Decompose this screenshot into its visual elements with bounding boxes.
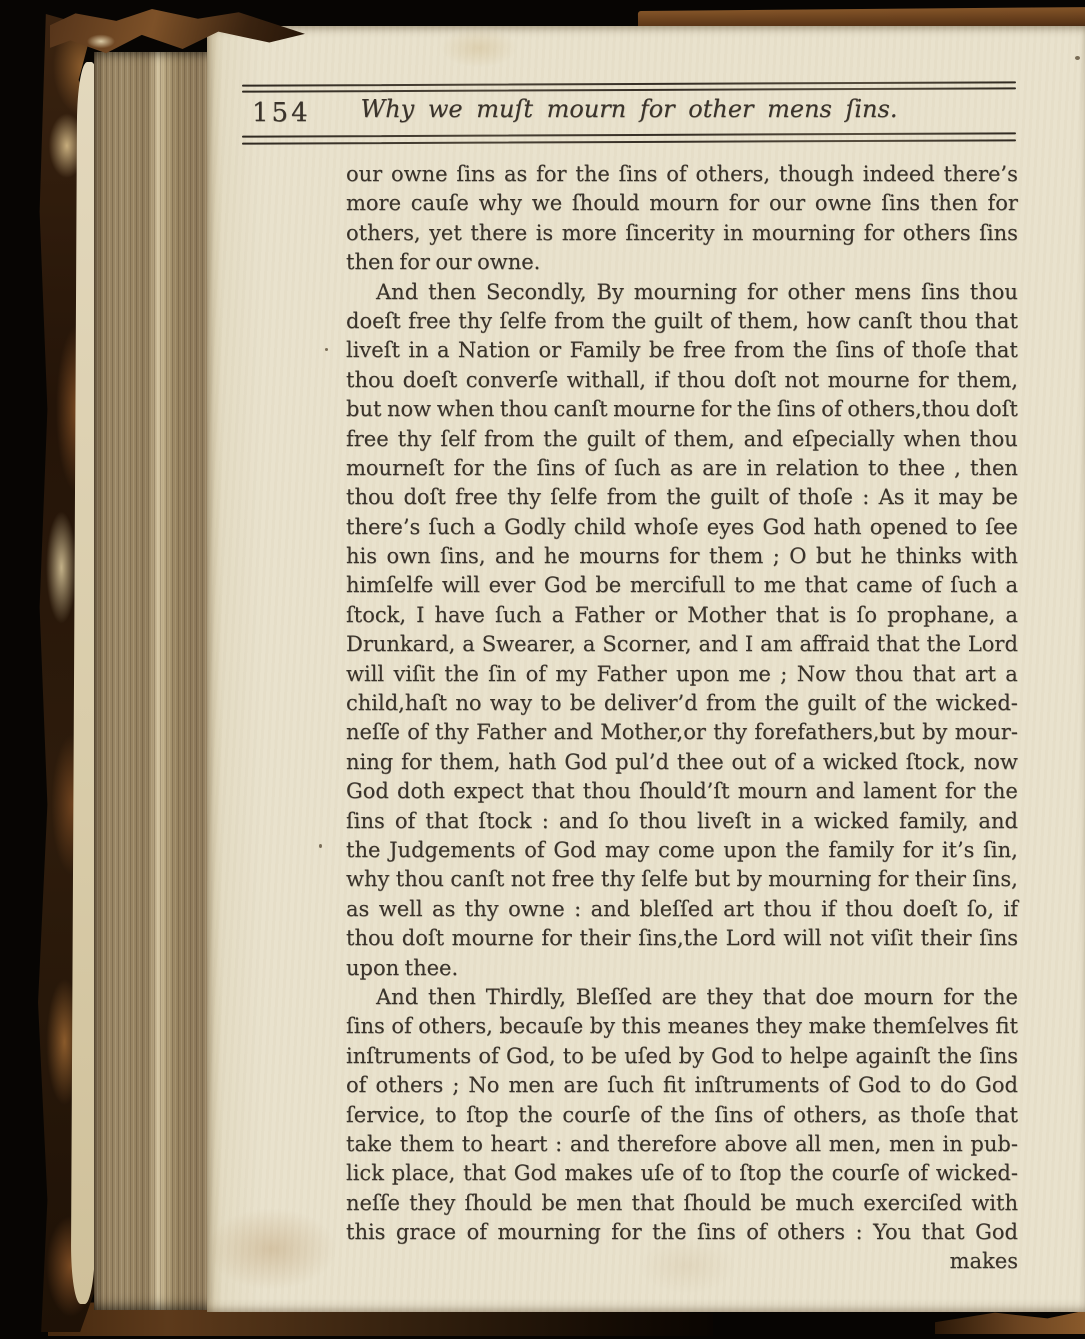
ink-speck [325, 348, 328, 351]
ink-speck [1075, 56, 1080, 60]
text-line: neſſetheyſhouldbementhatſhouldbemuchexer… [346, 1189, 1018, 1218]
book-page: 154 Why we muſt mourn for other mens ſin… [207, 26, 1085, 1312]
body-text: ourowneſinsasfortheſinsofothers,thoughin… [346, 160, 1018, 1247]
text-line: whythoucanſtnotfreethyſelfebutbymourning… [346, 865, 1018, 894]
text-line: ourowneſinsasfortheſinsofothers,thoughin… [346, 160, 1018, 189]
text-line: ningforthem,hathGodpul’dtheeoutofawicked… [346, 748, 1018, 777]
text-line: theJudgementsofGodmaycomeuponthefamilyfo… [346, 836, 1018, 865]
book-scan: 154 Why we muſt mourn for other mens ſin… [0, 0, 1085, 1339]
text-line: morecauſewhyweſhouldmournforourowneſinst… [346, 189, 1018, 218]
text-line: AndthenThirdly,Bleſſedaretheythatdoemour… [346, 983, 1018, 1012]
text-line: thoudoſtfreethyſelfefromtheguiltofthoſe:… [346, 483, 1018, 512]
text-line: himſelfewilleverGodbemercifulltomethatca… [346, 571, 1018, 600]
text-line: ſinsofthatſtock:andſothouliveſtinawicked… [346, 807, 1018, 836]
text-line: lickplace,thatGodmakesuſeoftoſtopthecour… [346, 1159, 1018, 1188]
text-line: hisownſins,andhemournsforthem;Obuthethin… [346, 542, 1018, 571]
catchword: makes [346, 1247, 1018, 1276]
text-line: mourneſtfortheſinsofſuchasareinrelationt… [346, 454, 1018, 483]
ink-speck [507, 178, 510, 181]
text-line: thisgraceofmourningfortheſinsofothers:Yo… [346, 1218, 1018, 1247]
head-rule-top-1 [242, 81, 1016, 87]
text-line: others,yetthereismoreſincerityinmourning… [346, 219, 1018, 248]
text-line: thoudoſtmournefortheirſins,theLordwillno… [346, 924, 1018, 953]
text-line: AndthenSecondly,Bymourningforothermensſi… [346, 278, 1018, 307]
book-fore-edge-pages [94, 52, 218, 1310]
text-line: butnowwhenthoucanſtmournefortheſinsofoth… [346, 395, 1018, 424]
text-line: liveſtinaNationorFamilybefreefromtheſins… [346, 336, 1018, 365]
text-line: ofothers;NomenareſuchfitinſtrumentsofGod… [346, 1071, 1018, 1100]
head-rule-bottom-2 [242, 139, 1016, 145]
text-line: willviſittheſinofmyFatheruponme;Nowthout… [346, 660, 1018, 689]
text-line: takethemtoheart:andthereforeaboveallmen,… [346, 1130, 1018, 1159]
ink-speck [319, 844, 322, 848]
text-line: neſſeofthyFatherandMother,orthyforefathe… [346, 718, 1018, 747]
head-rule-top-2 [242, 87, 1016, 93]
text-line: doeſtfreethyſelfefromtheguiltofthem,howc… [346, 307, 1018, 336]
text-line: thoudoeſtconverſewithall,ifthoudoſtnotmo… [346, 366, 1018, 395]
text-line: freethyſelffromtheguiltofthem,andeſpecia… [346, 425, 1018, 454]
text-line: thenforourowne. [346, 248, 1018, 277]
text-line: ſervice,toſtopthecourſeoftheſinsofothers… [346, 1101, 1018, 1130]
text-line: Goddothexpectthatthouſhould’ſtmournandla… [346, 777, 1018, 806]
text-line: Drunkard,aSwearer,aScorner,andIamaffraid… [346, 630, 1018, 659]
text-line: uponthee. [346, 954, 1018, 983]
head-rule-bottom-1 [242, 132, 1016, 138]
text-line: aswellasthyowne:andbleſſedartthouifthoud… [346, 895, 1018, 924]
text-line: ſinsofothers,becauſebythismeanestheymake… [346, 1012, 1018, 1041]
text-line: ſtock,IhaveſuchaFatherorMotherthatisſopr… [346, 601, 1018, 630]
text-line: inſtrumentsofGod,tobeuſedbyGodtohelpeaga… [346, 1042, 1018, 1071]
text-line: child,haſtnowaytobedeliver’dfromtheguilt… [346, 689, 1018, 718]
running-header: Why we muſt mourn for other mens ſins. [242, 95, 1016, 123]
text-line: there’sſuchaGodlychildwhoſeeyesGodhathop… [346, 513, 1018, 542]
